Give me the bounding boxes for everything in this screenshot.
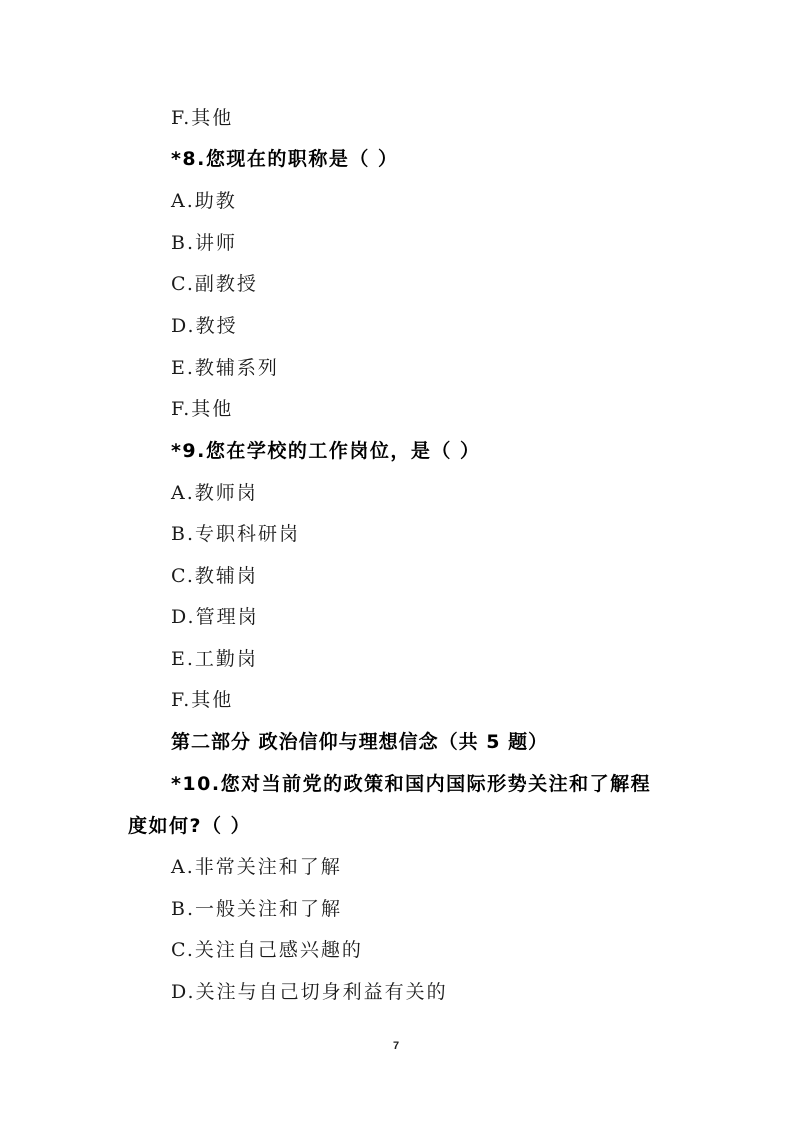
q9-option-a: A.教师岗: [171, 481, 258, 505]
q8-option-e: E.教辅系列: [171, 356, 279, 380]
q9-option-f: F.其他: [171, 688, 233, 712]
q8-option-b: B.讲师: [171, 231, 237, 255]
q8-option-d: D.教授: [171, 314, 238, 338]
q7-option-f: F.其他: [171, 106, 233, 130]
question-9-title: *9.您在学校的工作岗位，是（ ）: [171, 439, 481, 463]
q9-option-d: D.管理岗: [171, 605, 259, 629]
question-10-title-line2: 度如何?（ ）: [128, 814, 251, 838]
q10-option-c: C.关注自己感兴趣的: [171, 938, 363, 962]
q10-option-b: B.一般关注和了解: [171, 897, 342, 921]
q9-option-e: E.工勤岗: [171, 647, 258, 671]
q10-option-a: A.非常关注和了解: [171, 855, 342, 879]
question-8-title: *8.您现在的职称是（ ）: [171, 147, 399, 171]
q8-option-f: F.其他: [171, 397, 233, 421]
question-10-title-line1: *10.您对当前党的政策和国内国际形势关注和了解程: [171, 772, 651, 796]
q8-option-a: A.助教: [171, 189, 237, 213]
q8-option-c: C.副教授: [171, 272, 258, 296]
page-number: 7: [393, 1040, 399, 1052]
q10-option-d: D.关注与自己切身利益有关的: [171, 980, 448, 1004]
q9-option-b: B.专职科研岗: [171, 522, 300, 546]
section-2-heading: 第二部分 政治信仰与理想信念（共 5 题）: [171, 730, 548, 754]
q9-option-c: C.教辅岗: [171, 564, 258, 588]
